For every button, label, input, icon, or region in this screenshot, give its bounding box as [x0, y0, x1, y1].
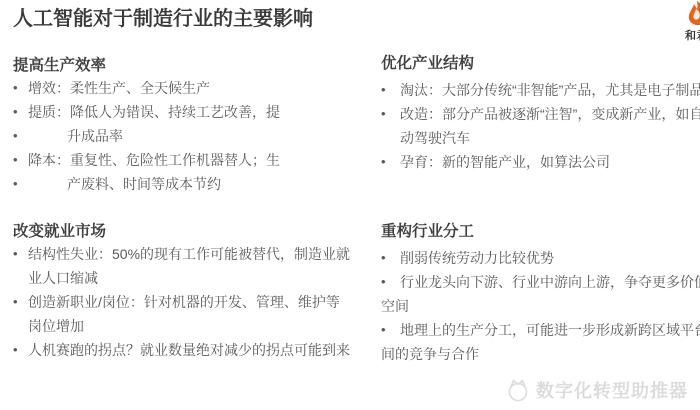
bullet-line: •改造：部分产品被逐渐“注智”，变成新产业，如自 [381, 102, 700, 126]
bullet-line: •提质：降低人为错误、持续工艺改善，提 [13, 100, 365, 124]
flame-icon [687, 1, 700, 26]
bullet-line: •产废料、时间等成本节约 [13, 172, 365, 196]
section-lines: •增效：柔性生产、全天候生产•提质：降低人为错误、持续工艺改善，提•升成品率•降… [13, 76, 365, 196]
line-text: 提质：降低人为错误、持续工艺改善，提 [28, 100, 280, 124]
cat-icon [504, 378, 532, 402]
bullet-dot: • [381, 270, 400, 294]
bullet-line: •淘汰：大部分传统“非智能”产品，尤其是电子制品 [381, 78, 700, 102]
bullet-line: •升成品率 [13, 124, 365, 148]
bullet-dot: • [381, 318, 400, 342]
brand-logo: 和君 [685, 0, 700, 44]
bullet-dot: • [13, 100, 28, 124]
bullet-line: •行业龙头向下游、行业中游向上游，争夺更多价值 [381, 270, 700, 294]
bullet-dot: • [13, 338, 28, 362]
line-text: 改造：部分产品被逐渐“注智”，变成新产业，如自 [400, 102, 700, 126]
section-heading: 重构行业分工 [381, 222, 700, 242]
bullet-line: •增效：柔性生产、全天候生产 [13, 76, 365, 100]
line-text: 动驾驶汽车 [400, 126, 470, 150]
line-text: 岗位增加 [28, 314, 84, 338]
bullet-dot: • [381, 102, 400, 126]
bullet-line: •孕育：新的智能产业，如算法公司 [381, 150, 700, 174]
watermark-text: 数字化转型助推器 [536, 377, 688, 403]
wrap-line: 间的竞争与合作 [381, 342, 700, 366]
bullet-dot: • [13, 148, 28, 172]
section-heading: 优化产业结构 [381, 54, 700, 74]
line-text: 行业龙头向下游、行业中游向上游，争夺更多价值 [400, 270, 700, 294]
bullet-dot: • [13, 242, 28, 266]
section-restructure-division-of-labor: 重构行业分工 •削弱传统劳动力比较优势•行业龙头向下游、行业中游向上游，争夺更多… [381, 222, 700, 366]
bullet-line: •创造新职业/岗位：针对机器的开发、管理、维护等 [13, 290, 365, 314]
line-text: 降本：重复性、危险性工作机器替人；生 [28, 148, 280, 172]
bullet-line: •结构性失业：50%的现有工作可能被替代，制造业就 [13, 242, 365, 266]
wrap-line: 业人口缩减 [13, 266, 365, 290]
line-text: 创造新职业/岗位：针对机器的开发、管理、维护等 [28, 290, 340, 314]
line-text: 升成品率 [67, 124, 123, 148]
bullet-dot: • [381, 150, 400, 174]
bullet-line: •削弱传统劳动力比较优势 [381, 246, 700, 270]
section-improve-production-efficiency: 提高生产效率 •增效：柔性生产、全天候生产•提质：降低人为错误、持续工艺改善，提… [13, 56, 365, 196]
bullet-line: •降本：重复性、危险性工作机器替人；生 [13, 148, 365, 172]
line-text: 产废料、时间等成本节约 [67, 172, 221, 196]
section-lines: •淘汰：大部分传统“非智能”产品，尤其是电子制品•改造：部分产品被逐渐“注智”，… [381, 78, 700, 174]
line-text: 业人口缩减 [28, 266, 98, 290]
wrap-line: 空间 [381, 294, 700, 318]
bullet-dot: • [13, 172, 28, 196]
page-title: 人工智能对于制造行业的主要影响 [13, 4, 313, 34]
line-text: 淘汰：大部分传统“非智能”产品，尤其是电子制品 [400, 78, 700, 102]
section-lines: •削弱传统劳动力比较优势•行业龙头向下游、行业中游向上游，争夺更多价值空间•地理… [381, 246, 700, 366]
slide: 人工智能对于制造行业的主要影响 和君 提高生产效率 •增效：柔性生产、全天候生产… [0, 0, 700, 410]
bullet-dot: • [13, 124, 28, 148]
wrap-line: 岗位增加 [13, 314, 365, 338]
line-text: 增效：柔性生产、全天候生产 [28, 76, 210, 100]
section-optimize-industry-structure: 优化产业结构 •淘汰：大部分传统“非智能”产品，尤其是电子制品•改造：部分产品被… [381, 54, 700, 174]
bullet-dot: • [381, 78, 400, 102]
section-lines: •结构性失业：50%的现有工作可能被替代，制造业就业人口缩减•创造新职业/岗位：… [13, 242, 365, 362]
brand-logo-text: 和君 [685, 27, 700, 43]
bullet-dot: • [13, 76, 28, 100]
line-text: 间的竞争与合作 [381, 342, 479, 366]
line-text: 地理上的生产分工，可能进一步形成新跨区域平台 [400, 318, 700, 342]
line-text: 结构性失业：50%的现有工作可能被替代，制造业就 [28, 242, 350, 266]
watermark: 数字化转型助推器 [504, 377, 688, 403]
bullet-line: •地理上的生产分工，可能进一步形成新跨区域平台 [381, 318, 700, 342]
section-heading: 改变就业市场 [13, 222, 365, 242]
line-text: 人机赛跑的拐点？就业数量绝对减少的拐点可能到来 [28, 338, 350, 362]
section-change-job-market: 改变就业市场 •结构性失业：50%的现有工作可能被替代，制造业就业人口缩减•创造… [13, 222, 365, 362]
section-heading: 提高生产效率 [13, 56, 365, 76]
line-text: 孕育：新的智能产业，如算法公司 [400, 150, 610, 174]
line-text: 空间 [381, 294, 409, 318]
line-text: 削弱传统劳动力比较优势 [400, 246, 554, 270]
bullet-line: •人机赛跑的拐点？就业数量绝对减少的拐点可能到来 [13, 338, 365, 362]
bullet-dot: • [381, 246, 400, 270]
bullet-dot: • [13, 290, 28, 314]
wrap-line: 动驾驶汽车 [381, 126, 700, 150]
